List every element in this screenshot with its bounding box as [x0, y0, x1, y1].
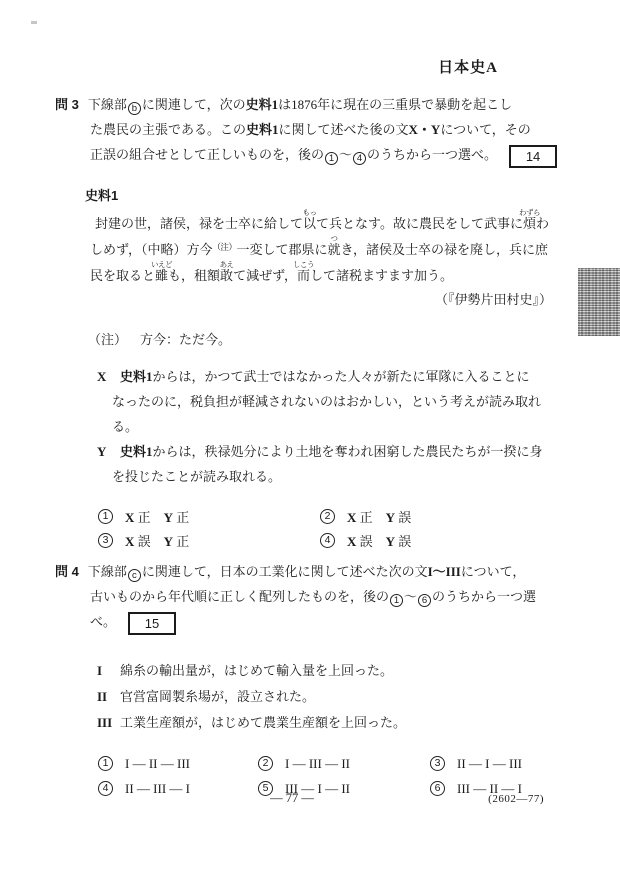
- statement-3: III工業生産額が，はじめて農業生産額を上回った。: [97, 710, 552, 736]
- q4-label: 問 4: [55, 564, 79, 579]
- option-label: I — III — II: [285, 751, 350, 776]
- option-label: X 正 Y 誤: [347, 507, 411, 526]
- statement-x-line: る。: [97, 414, 552, 439]
- note-text: 方今：ただ今。: [140, 332, 231, 347]
- statement-2-label: II: [97, 684, 120, 710]
- q4-option-2: 2 I — III — II: [257, 751, 429, 776]
- page-header: 日本史A: [0, 56, 498, 77]
- statement-3-text: 工業生産額が，はじめて農業生産額を上回った。: [120, 715, 406, 730]
- statement-3-label: III: [97, 710, 120, 736]
- q3-heading-line-3: 正誤の組合せとして正しいものを，後の1～4のうちから一つ選べ。14: [55, 142, 552, 168]
- option-label: I — II — III: [125, 751, 190, 776]
- question-4: 問 4下線部cに関連して，日本の工業化に関して述べた次の文I～IIIについて， …: [55, 559, 552, 801]
- statement-y-label: Y: [97, 439, 120, 464]
- booklet-code: (2602—77): [488, 793, 544, 805]
- q4-heading-text-3: べ。: [90, 614, 116, 629]
- answer-box-14: 14: [509, 145, 557, 168]
- option-number-icon: 2: [320, 509, 335, 524]
- source-attribution: （『伊勢片田村史』）: [55, 287, 552, 312]
- option-label: II — I — III: [457, 751, 522, 776]
- statement-1: I綿糸の輸出量が，はじめて輸入量を上回った。: [97, 658, 552, 684]
- question-3: 問 3下線部bに関連して，次の史料1は1876年に現在の三重県で暴動を起こし た…: [55, 92, 552, 553]
- q3-statements: X史料1からは，かつて武士ではなかった人々が新たに軍隊に入ることに なったのに，…: [97, 364, 552, 489]
- statement-2: II官営富岡製糸場が，設立された。: [97, 684, 552, 710]
- q3-option-1: 1 X 正 Y 正: [97, 505, 319, 529]
- q3-options: 1 X 正 Y 正 2 X 正 Y 誤 3 X 誤 Y 正 4 X 誤 Y 誤: [97, 505, 552, 553]
- scan-edge-artifact: [578, 268, 620, 336]
- option-number-icon: 4: [320, 533, 335, 548]
- statement-x-label: X: [97, 364, 120, 389]
- option-number-icon: 1: [98, 509, 113, 524]
- option-number-icon: 1: [98, 756, 113, 771]
- exam-page: 日本史A 問 3下線部bに関連して，次の史料1は1876年に現在の三重県で暴動を…: [0, 0, 620, 876]
- option-number-icon: 3: [430, 756, 445, 771]
- q4-option-1: 1 I — II — III: [97, 751, 257, 776]
- q4-option-3: 3 II — I — III: [429, 751, 552, 776]
- statement-x-line: なったのに，税負担が軽減されないのはおかしい，という考えが読み取れ: [97, 389, 552, 414]
- statement-x-line: X史料1からは，かつて武士ではなかった人々が新たに軍隊に入ることに: [97, 364, 552, 389]
- q3-label: 問 3: [55, 97, 79, 112]
- source-line: しめず，（中略）方今（注）一変して郡県に就つき，諸侯及士卒の禄を廃し，兵に庶: [90, 234, 552, 260]
- statement-x-text: 史料1からは，かつて武士ではなかった人々が新たに軍隊に入ることに: [120, 369, 530, 384]
- q3-heading-line-1: 問 3下線部bに関連して，次の史料1は1876年に現在の三重県で暴動を起こし: [55, 92, 552, 117]
- option-label: X 正 Y 正: [125, 507, 189, 526]
- q3-option-4: 4 X 誤 Y 誤: [319, 529, 552, 553]
- q4-statements: I綿糸の輸出量が，はじめて輸入量を上回った。 II官営富岡製糸場が，設立された。…: [97, 658, 552, 736]
- source-line: 民を取ると雖いえども，租額敢あえて減ぜず，而しこうして諸税ますます加う。: [90, 260, 552, 286]
- statement-1-text: 綿糸の輸出量が，はじめて輸入量を上回った。: [120, 663, 393, 678]
- source-note: （注）方今：ただ今。: [88, 327, 552, 352]
- statement-y-line: を投じたことが読み取れる。: [97, 464, 552, 489]
- statement-2-text: 官営富岡製糸場が，設立された。: [120, 689, 315, 704]
- q4-heading-text-1: 下線部cに関連して，日本の工業化に関して述べた次の文I～IIIについて，: [88, 564, 526, 579]
- statement-y-text: 史料1からは，秩禄処分により土地を奪われ困窮した農民たちが一揆に身: [120, 444, 543, 459]
- subject-title: 日本史A: [438, 60, 498, 76]
- scan-artifact-mark: [31, 21, 37, 24]
- q3-heading-text-1: 下線部bに関連して，次の史料1は1876年に現在の三重県で暴動を起こし: [88, 97, 512, 112]
- page-footer: — 77 — (2602—77): [0, 791, 620, 811]
- source-label: 史料1: [85, 184, 552, 208]
- option-number-icon: 2: [258, 756, 273, 771]
- q3-heading-line-2: た農民の主張である。この史料1に関して述べた後の文X・Yについて，その: [55, 117, 552, 142]
- statement-y-line: Y史料1からは，秩禄処分により土地を奪われ困窮した農民たちが一揆に身: [97, 439, 552, 464]
- statement-1-label: I: [97, 658, 120, 684]
- option-label: X 誤 Y 正: [125, 531, 189, 550]
- q3-option-2: 2 X 正 Y 誤: [319, 505, 552, 529]
- source-line: 封建の世，諸侯，禄を士卒に給して以もって兵となす。故に農民をして武事に煩わずらわ: [90, 208, 552, 234]
- option-label: X 誤 Y 誤: [347, 531, 411, 550]
- q4-heading-line-3: べ。15: [55, 609, 552, 635]
- note-label: （注）: [88, 332, 127, 347]
- q4-heading-line-2: 古いものから年代順に正しく配列したものを，後の1～6のうちから一つ選: [55, 584, 552, 609]
- answer-box-15: 15: [128, 612, 176, 635]
- option-number-icon: 3: [98, 533, 113, 548]
- q3-option-3: 3 X 誤 Y 正: [97, 529, 319, 553]
- q4-heading-line-1: 問 4下線部cに関連して，日本の工業化に関して述べた次の文I～IIIについて，: [55, 559, 552, 584]
- q3-heading-text-3: 正誤の組合せとして正しいものを，後の1～4のうちから一つ選べ。: [90, 147, 497, 162]
